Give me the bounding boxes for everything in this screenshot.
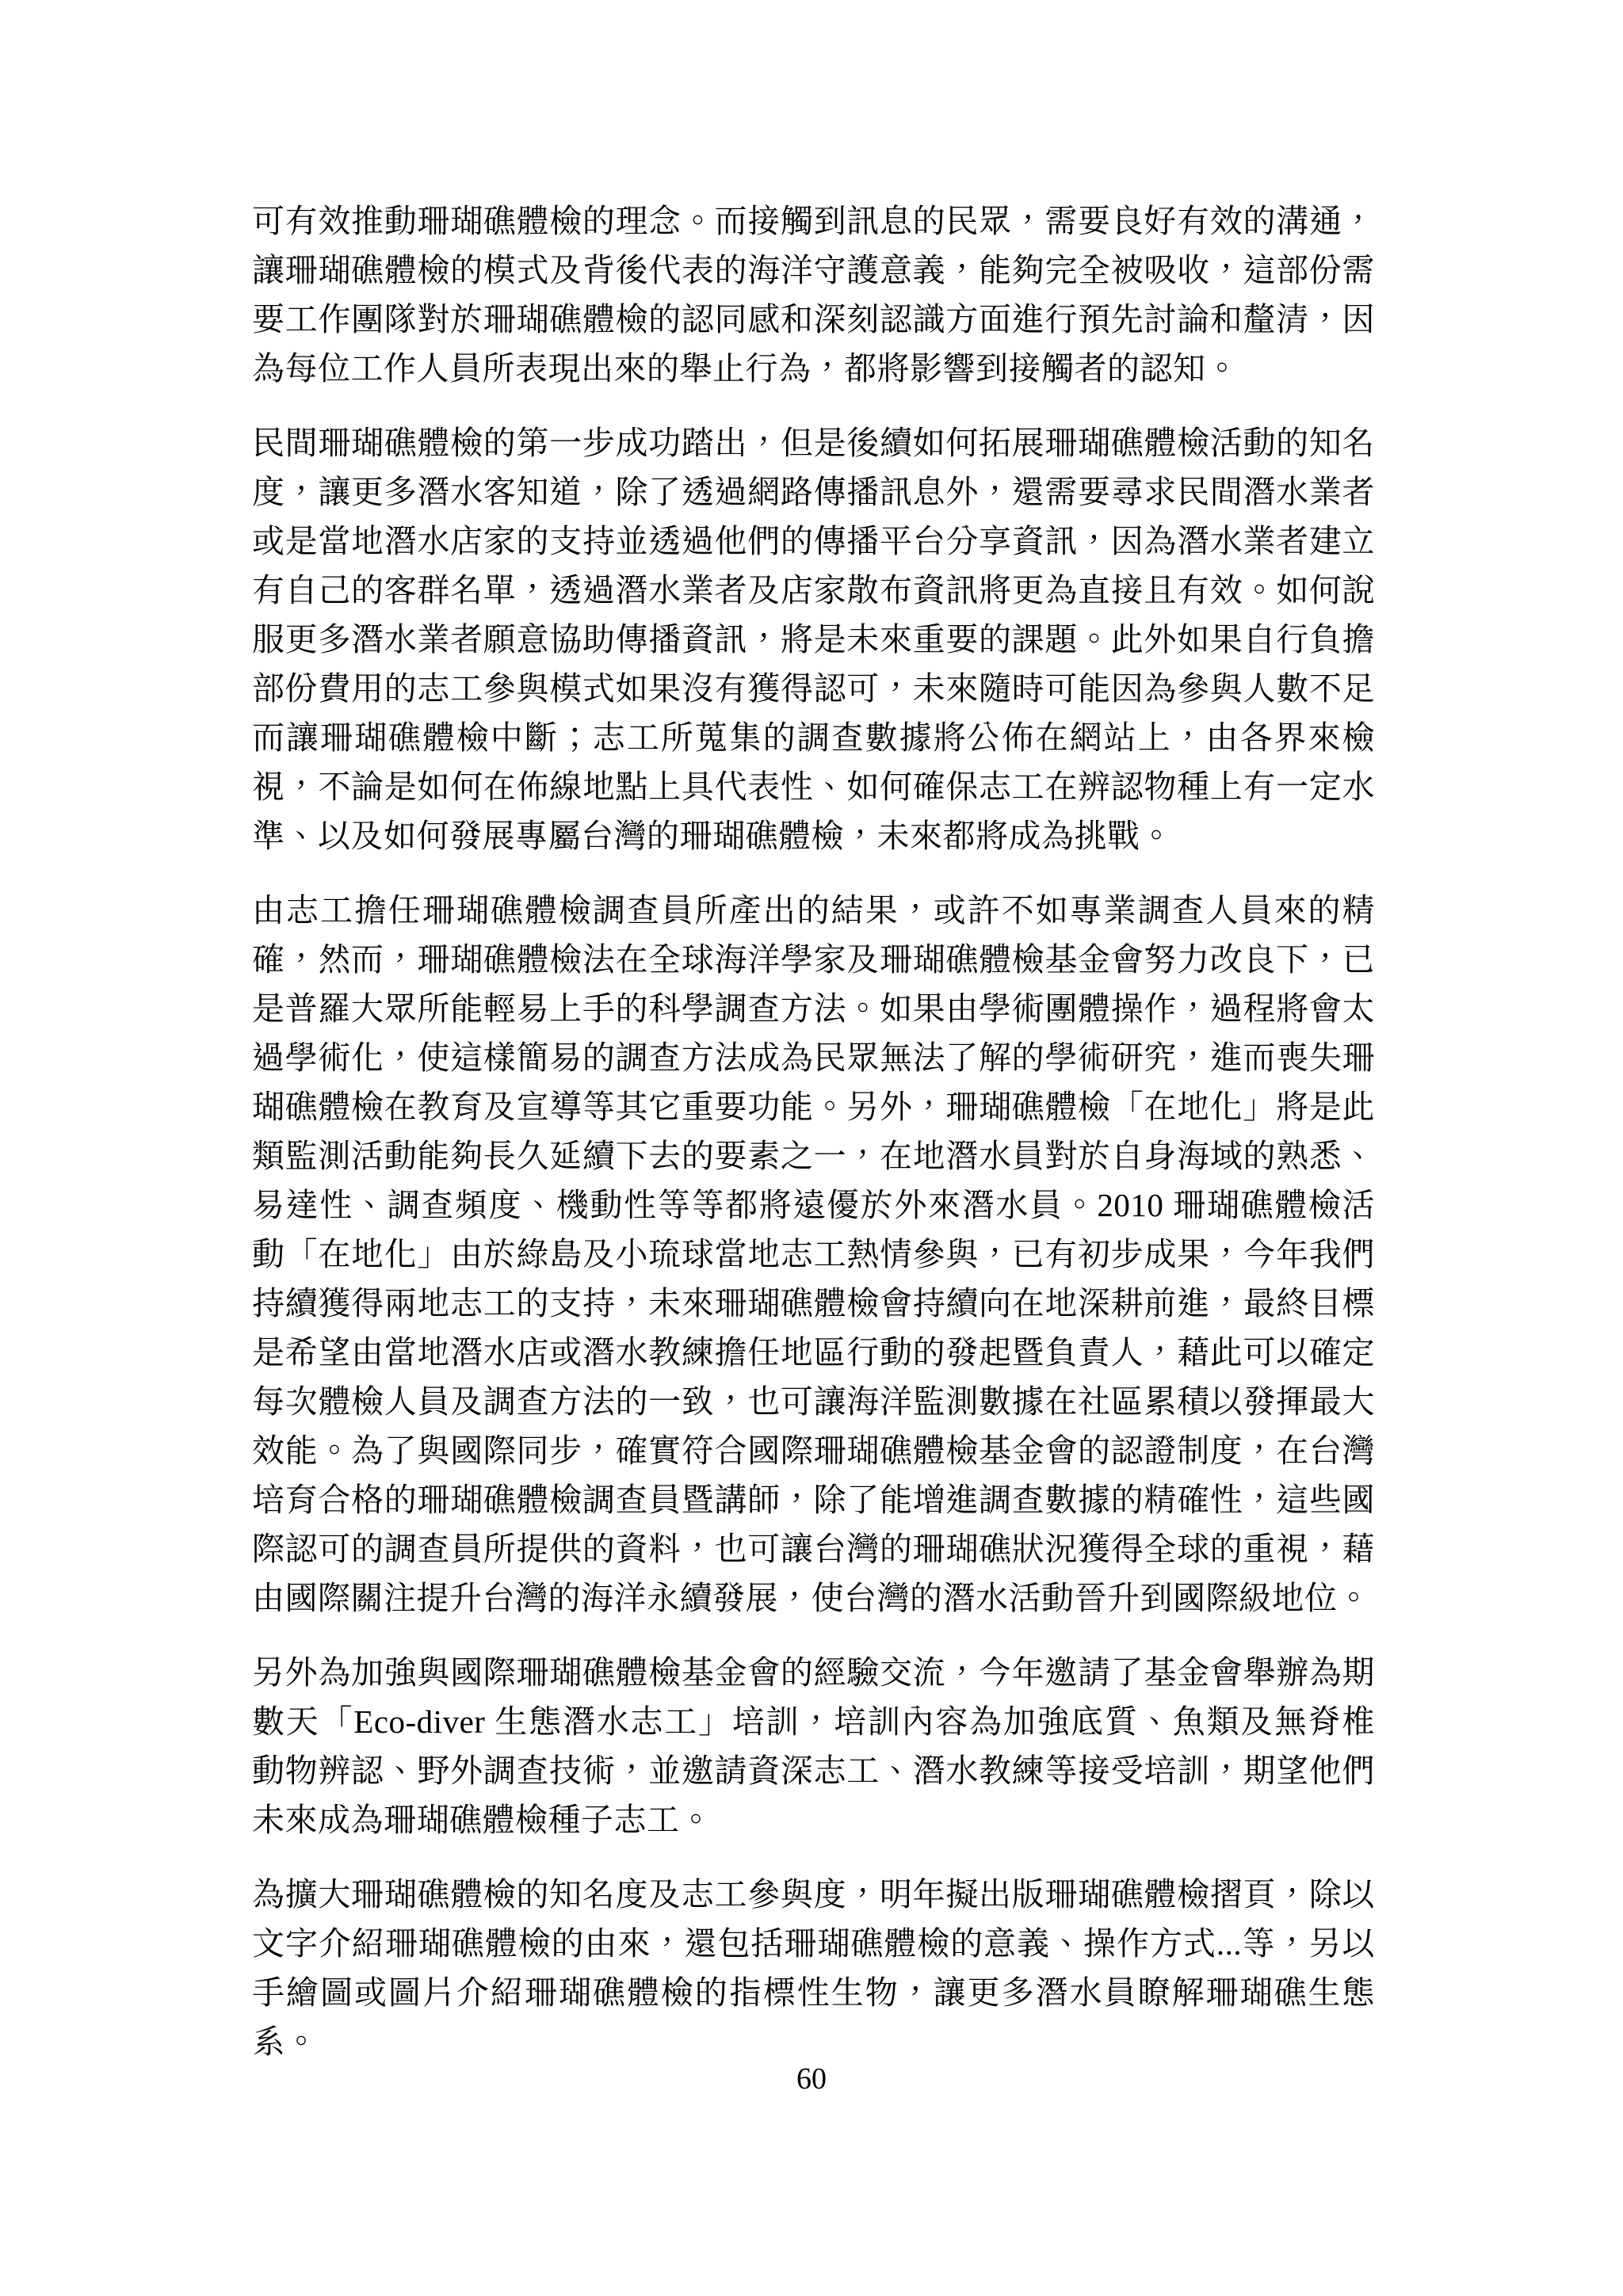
page-number: 60 [0,2061,1623,2096]
document-page: 可有效推動珊瑚礁體檢的理念。而接觸到訊息的民眾，需要良好有效的溝通，讓珊瑚礁體檢… [0,0,1623,2296]
body-text: 可有效推動珊瑚礁體檢的理念。而接觸到訊息的民眾，需要良好有效的溝通，讓珊瑚礁體檢… [252,196,1375,2066]
paragraph: 可有效推動珊瑚礁體檢的理念。而接觸到訊息的民眾，需要良好有效的溝通，讓珊瑚礁體檢… [252,196,1375,393]
paragraph: 另外為加強與國際珊瑚礁體檢基金會的經驗交流，今年邀請了基金會舉辦為期數天「Eco… [252,1648,1375,1844]
paragraph: 為擴大珊瑚礁體檢的知名度及志工參與度，明年擬出版珊瑚礁體檢摺頁，除以文字介紹珊瑚… [252,1870,1375,2066]
paragraph: 民間珊瑚礁體檢的第一步成功踏出，但是後續如何拓展珊瑚礁體檢活動的知名度，讓更多潛… [252,418,1375,860]
paragraph: 由志工擔任珊瑚礁體檢調查員所產出的結果，或許不如專業調查人員來的精確，然而，珊瑚… [252,886,1375,1623]
